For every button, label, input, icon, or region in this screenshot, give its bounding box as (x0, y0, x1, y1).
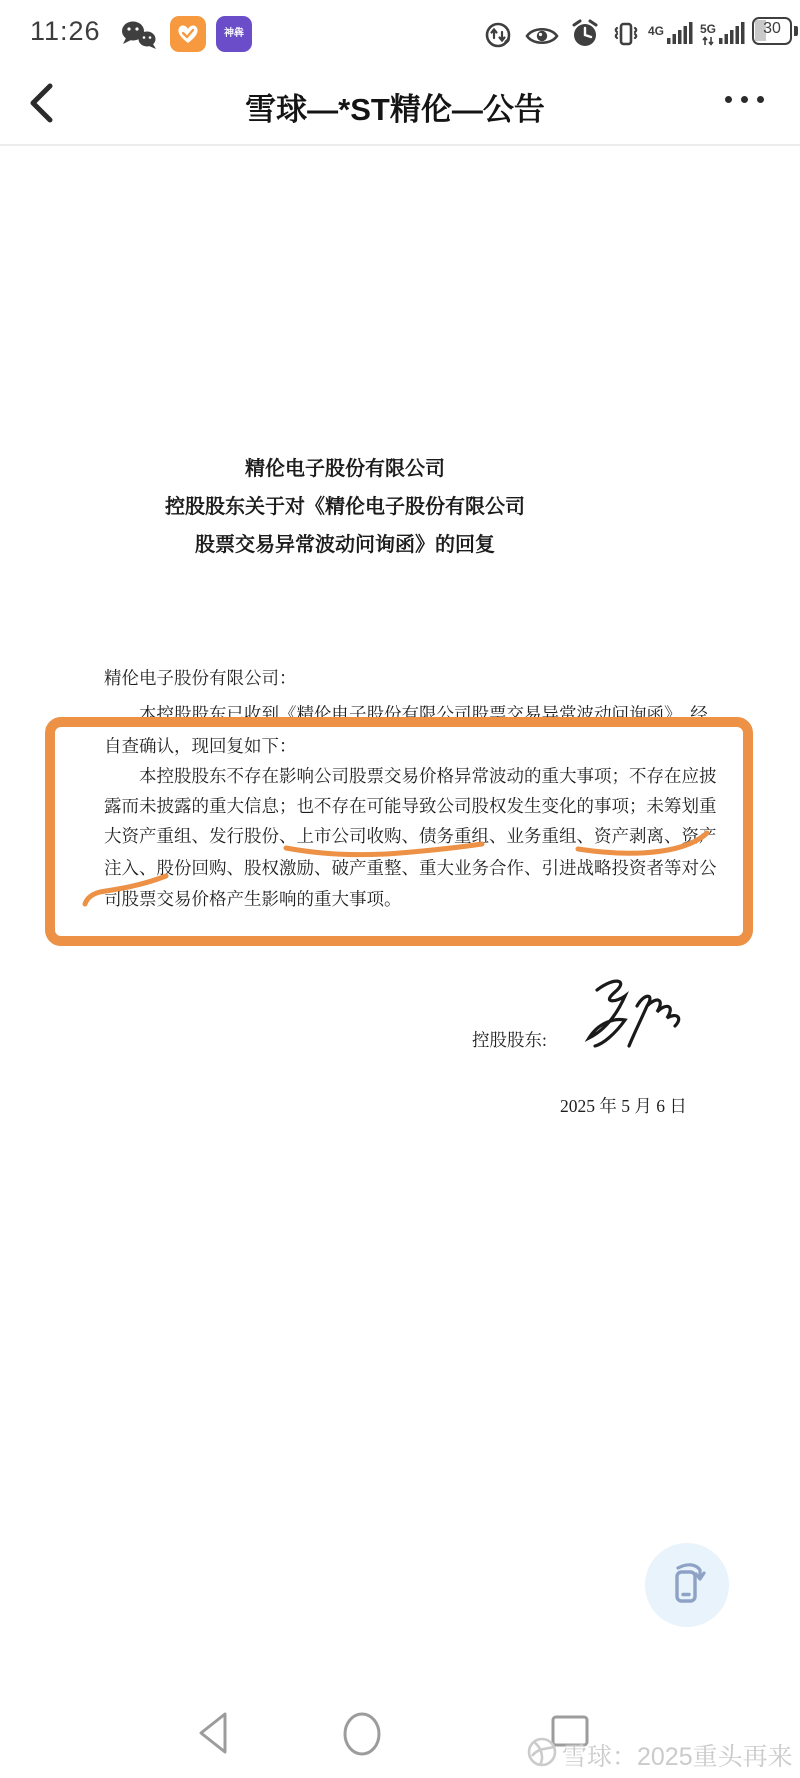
doc-salutation: 精伦电子股份有限公司： (104, 665, 710, 690)
5g-badge: 5G (700, 22, 716, 36)
purple-app-label: 神犇 (224, 29, 244, 39)
4g-badge: 4G (648, 24, 664, 38)
handwritten-signature (545, 972, 720, 1072)
eye-protection-icon (524, 24, 564, 48)
battery-icon: 30 (752, 17, 798, 45)
purple-app-icon: 神犇 (216, 16, 252, 52)
rotate-phone-button[interactable] (645, 1543, 729, 1627)
dot-icon (725, 96, 732, 103)
header-divider (0, 144, 800, 146)
status-time: 11:26 (30, 16, 101, 47)
screen: 11:26 神犇 (0, 0, 800, 1778)
dot-icon (741, 96, 748, 103)
battery-percent: 30 (754, 20, 790, 38)
nav-home-button[interactable] (341, 1710, 383, 1758)
signal-5g-icon: 5G (700, 16, 745, 46)
heart-app-icon (170, 16, 206, 52)
watermark-text: 雪球：2025重头再来 (562, 1737, 793, 1773)
doc-date: 2025 年 5 月 6 日 (560, 1093, 687, 1118)
doc-title-line-3: 股票交易异常波动问询函》的回复 (0, 528, 690, 557)
rotate-phone-icon (663, 1561, 711, 1609)
more-menu-button[interactable] (725, 96, 764, 103)
signature-label: 控股股东: (472, 1027, 547, 1052)
doc-title-line-1: 精伦电子股份有限公司 (0, 452, 690, 481)
page-title: 雪球—*ST精伦—公告 (90, 84, 700, 129)
signal-4g-icon: 4G (648, 16, 693, 46)
alarm-clock-icon (568, 18, 602, 52)
wechat-icon (118, 18, 160, 54)
vibrate-icon (608, 18, 644, 52)
data-saver-icon (482, 18, 516, 52)
doc-title-line-2: 控股股东关于对《精伦电子股份有限公司 (0, 490, 690, 519)
highlight-rectangle (45, 717, 753, 946)
snowball-logo-icon (526, 1736, 558, 1768)
nav-back-button[interactable] (195, 1710, 231, 1756)
back-button[interactable] (26, 82, 66, 126)
dot-icon (757, 96, 764, 103)
